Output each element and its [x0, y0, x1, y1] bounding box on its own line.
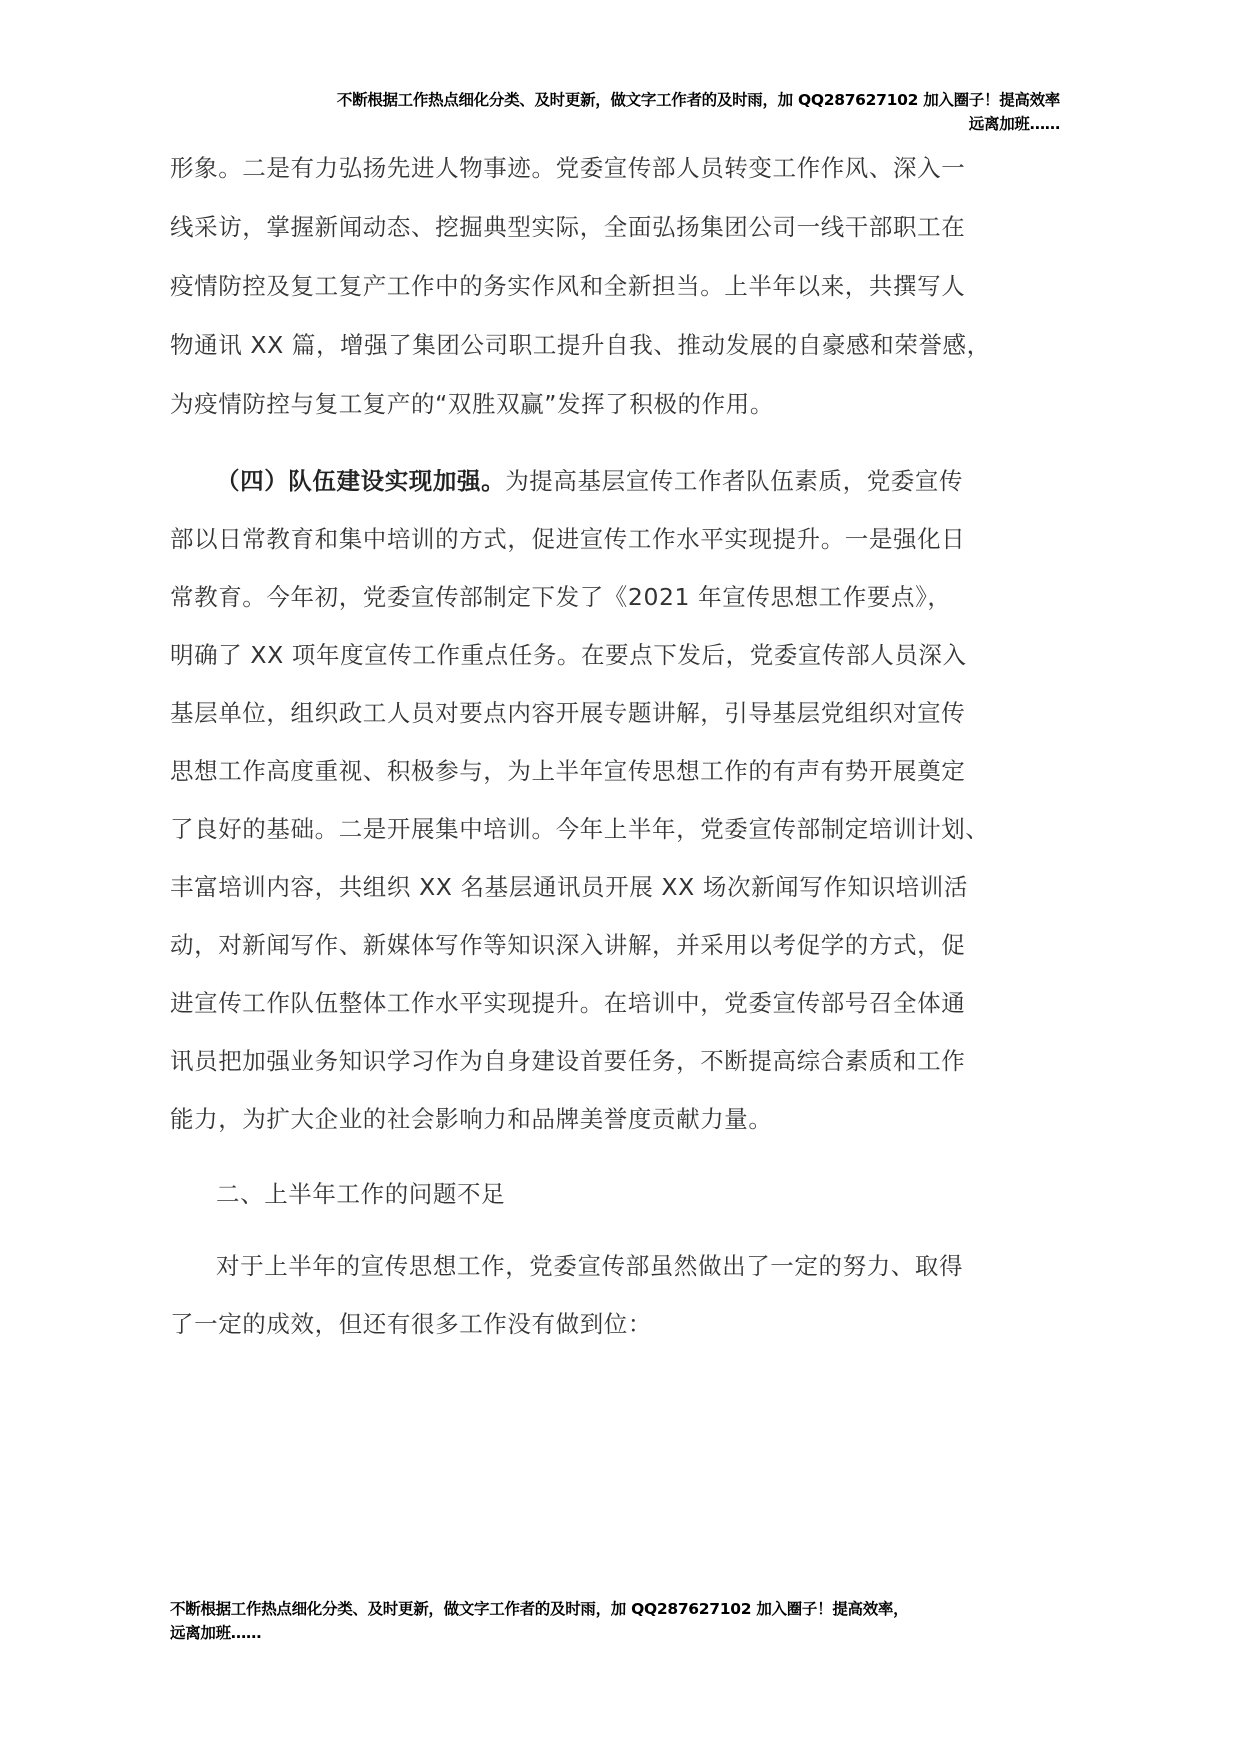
footer-line-1: 不断根据工作热点细化分类、及时更新，做文字工作者的及时雨，加 QQ2876271…: [170, 1597, 1070, 1621]
header-promo-note: 不断根据工作热点细化分类、及时更新，做文字工作者的及时雨，加 QQ2876271…: [180, 88, 1060, 136]
footer-promo-note: 不断根据工作热点细化分类、及时更新，做文字工作者的及时雨，加 QQ2876271…: [170, 1597, 1070, 1645]
paragraph-line: 物通讯 XX 篇，增强了集团公司职工提升自我、推动发展的自豪感和荣誉感，: [170, 330, 991, 360]
section-4-first-line-rest: 为提高基层宣传工作者队伍素质，党委宣传: [505, 467, 963, 495]
document-page: 不断根据工作热点细化分类、及时更新，做文字工作者的及时雨，加 QQ2876271…: [0, 0, 1240, 1754]
paragraph-line: 为疫情防控与复工复产的“双胜双赢”发挥了积极的作用。: [170, 389, 774, 419]
paragraph-line: 形象。二是有力弘扬先进人物事迹。党委宣传部人员转变工作作风、深入一: [170, 153, 965, 183]
paragraph-line: 线采访，掌握新闻动态、挖掘典型实际，全面弘扬集团公司一线干部职工在: [170, 212, 965, 242]
paragraph-line: 了一定的成效，但还有很多工作没有做到位：: [170, 1309, 652, 1339]
paragraph-line: 思想工作高度重视、积极参与，为上半年宣传思想工作的有声有势开展奠定: [170, 756, 965, 786]
paragraph-line: 基层单位，组织政工人员对要点内容开展专题讲解，引导基层党组织对宣传: [170, 698, 965, 728]
header-line-1: 不断根据工作热点细化分类、及时更新，做文字工作者的及时雨，加 QQ2876271…: [180, 88, 1060, 112]
section-4-heading: （四）队伍建设实现加强。: [216, 467, 505, 495]
paragraph-line: 部以日常教育和集中培训的方式，促进宣传工作水平实现提升。一是强化日: [170, 524, 965, 554]
header-line-2: 远离加班……: [180, 112, 1060, 136]
paragraph-line: 讯员把加强业务知识学习作为自身建设首要任务，不断提高综合素质和工作: [170, 1046, 965, 1076]
paragraph-line: 对于上半年的宣传思想工作，党委宣传部虽然做出了一定的努力、取得: [216, 1251, 963, 1281]
paragraph-line: 了良好的基础。二是开展集中培训。今年上半年，党委宣传部制定培训计划、: [170, 814, 989, 844]
footer-line-2: 远离加班……: [170, 1621, 1070, 1645]
section-4-first-line: （四）队伍建设实现加强。为提高基层宣传工作者队伍素质，党委宣传: [216, 466, 963, 496]
paragraph-line: 疫情防控及复工复产工作中的务实作风和全新担当。上半年以来，共撰写人: [170, 271, 965, 301]
paragraph-line: 进宣传工作队伍整体工作水平实现提升。在培训中，党委宣传部号召全体通: [170, 988, 965, 1018]
paragraph-line: 动，对新闻写作、新媒体写作等知识深入讲解，并采用以考促学的方式，促: [170, 930, 965, 960]
paragraph-line: 常教育。今年初，党委宣传部制定下发了《2021 年宣传思想工作要点》，: [170, 582, 952, 612]
paragraph-line: 明确了 XX 项年度宣传工作重点任务。在要点下发后，党委宣传部人员深入: [170, 640, 967, 670]
paragraph-line: 丰富培训内容，共组织 XX 名基层通讯员开展 XX 场次新闻写作知识培训活: [170, 872, 968, 902]
section-two-heading: 二、上半年工作的问题不足: [216, 1179, 505, 1209]
paragraph-line: 能力，为扩大企业的社会影响力和品牌美誉度贡献力量。: [170, 1104, 773, 1134]
